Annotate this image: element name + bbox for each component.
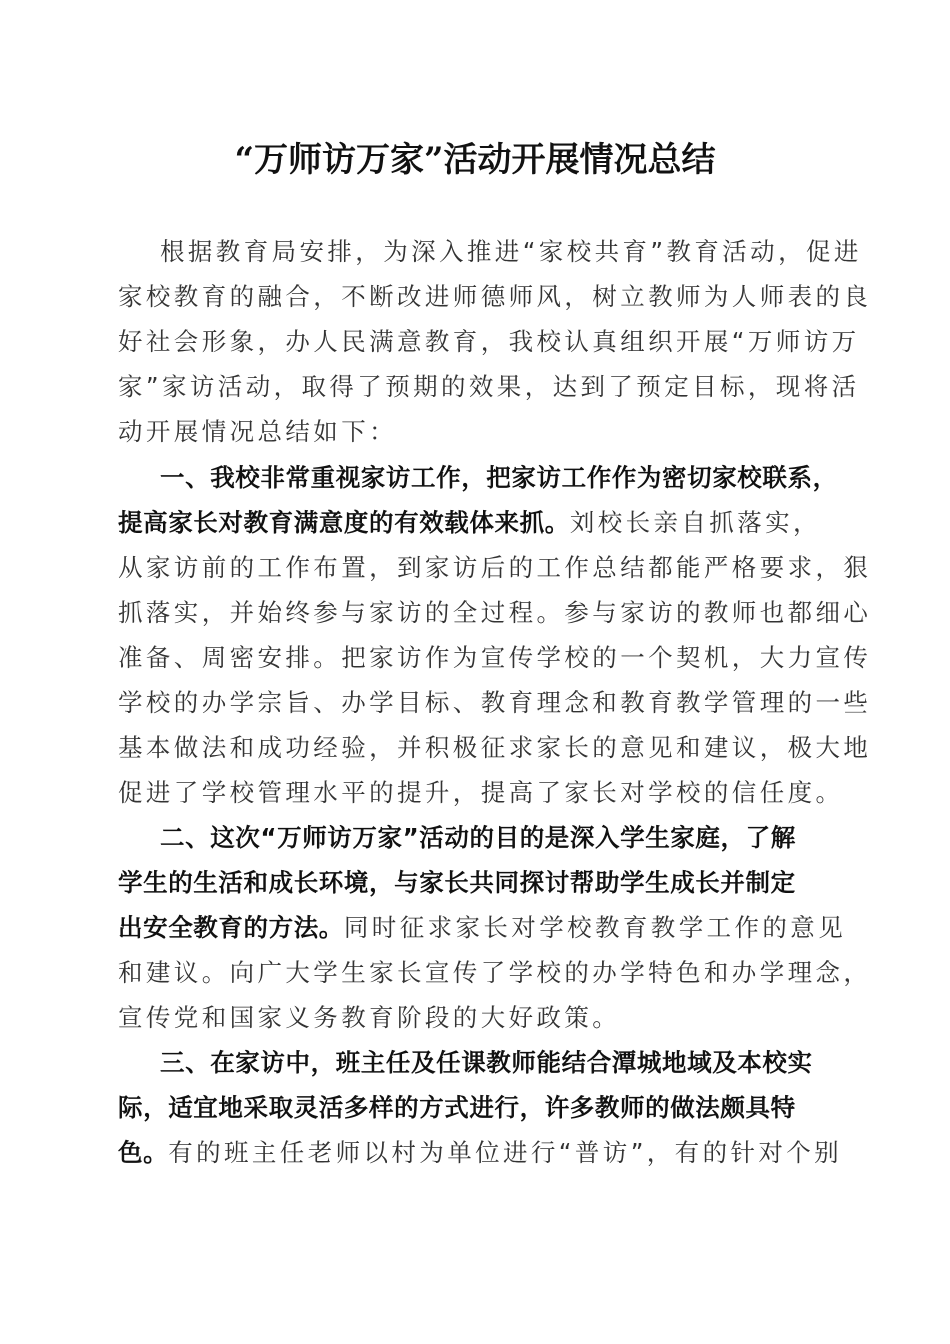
text-line: 准备、周密安排。把家访作为宣传学校的一个契机，大力宣传 [118, 635, 828, 680]
text-line: 学校的办学宗旨、办学目标、教育理念和教育教学管理的一些 [118, 680, 828, 725]
text-line: 促进了学校管理水平的提升，提高了家长对学校的信任度。 [118, 770, 828, 815]
section-heading: 一、我校非常重视家访工作，把家访工作作为密切家校联系， [160, 463, 838, 492]
text-line: 际，适宜地采取灵活多样的方式进行，许多教师的做法颇具特 [118, 1085, 828, 1130]
text-line: 基本做法和成功经验，并积极征求家长的意见和建议，极大地 [118, 725, 828, 770]
text-line: 和建议。向广大学生家长宣传了学校的办学特色和办学理念， [118, 950, 828, 995]
document-title: “万师访万家”活动开展情况总结 [0, 136, 950, 184]
document-page: “万师访万家”活动开展情况总结 根据教育局安排，为深入推进“家校共育”教育活动，… [0, 0, 950, 1344]
text-line: 家校教育的融合，不断改进师德师风，树立教师为人师表的良 [118, 274, 828, 319]
text-line: 色。有的班主任老师以村为单位进行“普访”，有的针对个别 [118, 1130, 828, 1175]
text-line: 抓落实，并始终参与家访的全过程。参与家访的教师也都细心 [118, 590, 828, 635]
section-heading: 学生的生活和成长环境，与家长共同探讨帮助学生成长并制定 [118, 868, 796, 897]
text-line: 学生的生活和成长环境，与家长共同探讨帮助学生成长并制定 [118, 860, 828, 905]
section-heading: 色。 [118, 1138, 168, 1167]
section-heading: 三、在家访中，班主任及任课教师能结合潭城地域及本校实 [160, 1048, 813, 1077]
text-line: 根据教育局安排，为深入推进“家校共育”教育活动，促进 [160, 229, 828, 274]
text-line: 一、我校非常重视家访工作，把家访工作作为密切家校联系， [160, 455, 828, 500]
text-line: 动开展情况总结如下： [118, 409, 828, 454]
section-heading: 二、这次“万师访万家”活动的目的是深入学生家庭，了解 [160, 823, 796, 852]
text-line: 好社会形象，办人民满意教育，我校认真组织开展“万师访万 [118, 319, 828, 364]
section-heading: 出安全教育的方法。 [118, 913, 344, 942]
text-line: 家”家访活动，取得了预期的效果，达到了预定目标，现将活 [118, 364, 828, 409]
text-line: 宣传党和国家义务教育阶段的大好政策。 [118, 995, 828, 1040]
text-line: 从家访前的工作布置，到家访后的工作总结都能严格要求，狠 [118, 545, 828, 590]
text-line: 三、在家访中，班主任及任课教师能结合潭城地域及本校实 [160, 1040, 828, 1085]
text-line: 出安全教育的方法。同时征求家长对学校教育教学工作的意见 [118, 905, 828, 950]
section-heading: 提高家长对教育满意度的有效载体来抓。 [118, 508, 570, 537]
text-line: 二、这次“万师访万家”活动的目的是深入学生家庭，了解 [160, 815, 828, 860]
text-line: 提高家长对教育满意度的有效载体来抓。刘校长亲自抓落实， [118, 500, 828, 545]
section-heading: 际，适宜地采取灵活多样的方式进行，许多教师的做法颇具特 [118, 1093, 796, 1122]
